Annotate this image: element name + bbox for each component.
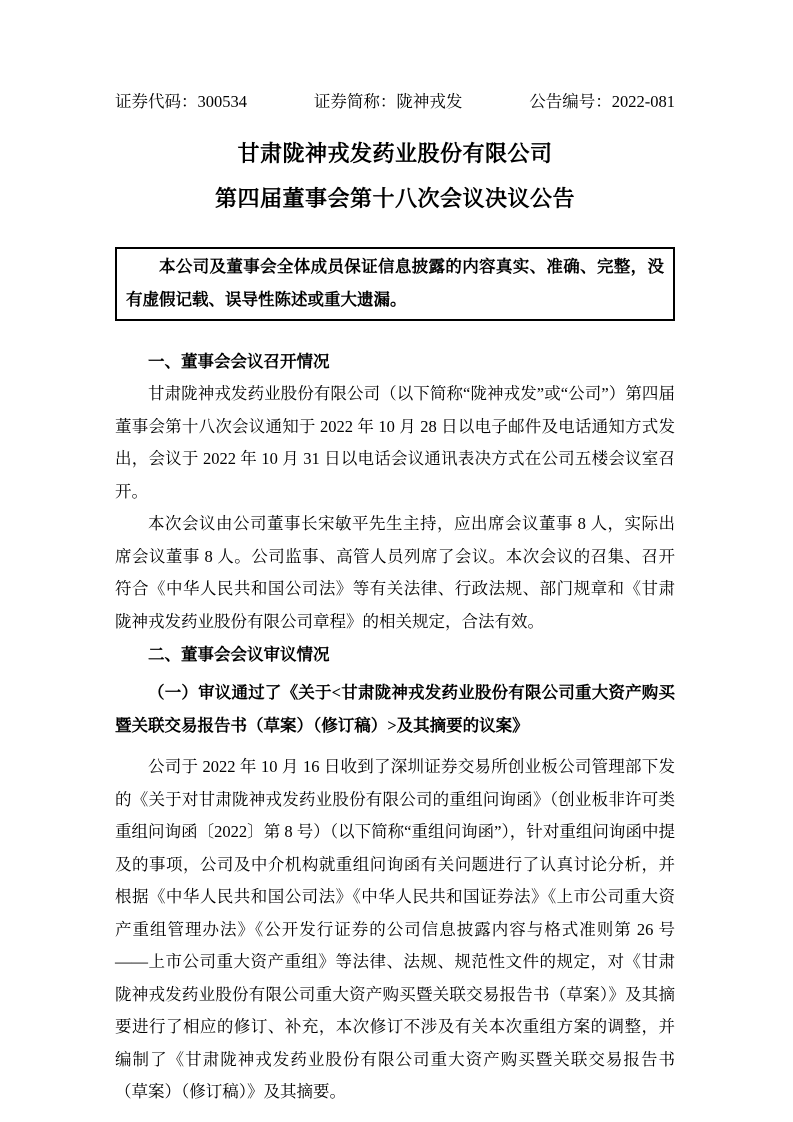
section-2-heading: 二、董事会会议审议情况 [115,638,675,671]
page-title-company-name: 甘肃陇神戎发药业股份有限公司 [115,141,675,167]
disclaimer-box: 本公司及董事会全体成员保证信息披露的内容真实、准确、完整，没有虚假记载、误导性陈… [115,247,675,321]
disclaimer-text: 本公司及董事会全体成员保证信息披露的内容真实、准确、完整，没有虚假记载、误导性陈… [126,250,664,316]
stock-short-name: 证券简称：陇神戎发 [314,92,463,111]
stock-code: 证券代码：300534 [115,92,247,111]
section-2-item-1-paragraph-1: 公司于 2022 年 10 月 16 日收到了深圳证券交易所创业板公司管理部下发… [115,751,675,1109]
document-header: 证券代码：300534 证券简称：陇神戎发 公告编号：2022-081 [115,92,675,111]
announcement-number: 公告编号：2022-081 [529,92,675,111]
section-2-item-1-heading: （一）审议通过了《关于<甘肃陇神戎发药业股份有限公司重大资产购买暨关联交易报告书… [115,676,675,742]
section-1-paragraph-1: 甘肃陇神戎发药业股份有限公司（以下简称“陇神戎发”或“公司”）第四届董事会第十八… [115,378,675,508]
page-content: 证券代码：300534 证券简称：陇神戎发 公告编号：2022-081 甘肃陇神… [115,0,675,1109]
section-1-heading: 一、董事会会议召开情况 [115,345,675,378]
section-1-paragraph-2: 本次会议由公司董事长宋敏平先生主持，应出席会议董事 8 人，实际出席会议董事 8… [115,508,675,638]
page-title-meeting-name: 第四届董事会第十八次会议决议公告 [115,186,675,212]
announcement-page: 证券代码：300534 证券简称：陇神戎发 公告编号：2022-081 甘肃陇神… [0,0,793,1122]
